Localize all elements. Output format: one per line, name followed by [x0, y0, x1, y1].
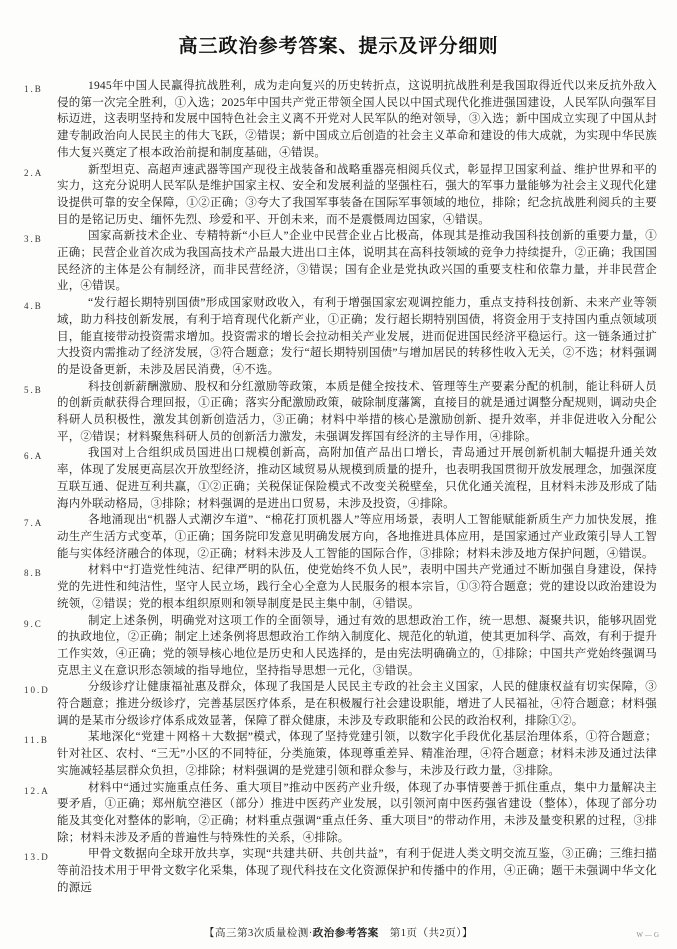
answer-explanation: 各地涌现出“机器人式潮汐车道”、“棉花打顶机器人”等应用场景，表明人工智能赋能新… [57, 514, 657, 559]
answer-number: 9.C [24, 616, 43, 633]
answer-sheet-page: 高三政治参考答案、提示及评分细则 1.B1945年中国人民赢得抗战胜利，成为走向… [0, 0, 677, 949]
answer-item: 13.D甲骨文数据向全球开放共享，实现“共建共研、共创共益”，有利于促进人类文明… [0, 846, 677, 896]
answer-item: 10.D分级诊疗让健康福祉惠及群众，体现了我国是人民民主专政的社会主义国家，人民… [0, 679, 677, 729]
footer-subject: 政治参考答案 [313, 928, 379, 939]
answer-explanation: 新型坦克、高超声速武器等国产现役主战装备和战略重器亮相阅兵仪式，彰显捍卫国家利益… [57, 164, 657, 226]
answer-number: 2.A [24, 165, 43, 182]
answer-item: 5.B科技创新薪酬激励、股权和分红激励等政策，本质是健全按技术、管理等生产要素分… [0, 379, 677, 446]
answers-list: 1.B1945年中国人民赢得抗战胜利，成为走向复兴的历史转折点，这说明抗战胜利是… [0, 78, 677, 896]
footer-watermark-code: W—G [636, 931, 661, 939]
answer-item: 11.B某地深化“党建＋网格＋大数据”模式，体现了坚持党建引领，以数字化手段优化… [0, 729, 677, 779]
answer-item: 3.B国家高新技术企业、专精特新“小巨人”企业中民营企业占比极高，体现其是推动我… [0, 228, 677, 295]
answer-explanation: 分级诊疗让健康福祉惠及群众，体现了我国是人民民主专政的社会主义国家，人民的健康权… [57, 681, 657, 726]
answer-item: 7.A各地涌现出“机器人式潮汐车道”、“棉花打顶机器人”等应用场景，表明人工智能… [0, 512, 677, 562]
answer-item: 8.B材料中“打造党性纯洁、纪律严明的队伍，使党始终不负人民”，表明中国共产党通… [0, 562, 677, 612]
answer-number: 7.A [24, 515, 43, 532]
page-footer: 【高三第3次质量检测·政治参考答案 第1页（共2页）】 W—G [0, 925, 677, 940]
answer-explanation: 国家高新技术企业、专精特新“小巨人”企业中民营企业占比极高，体现其是推动我国科技… [57, 230, 657, 292]
answer-explanation: 科技创新薪酬激励、股权和分红激励等政策，本质是健全按技术、管理等生产要素分配的机… [57, 381, 657, 443]
answer-number: 11.B [24, 732, 49, 749]
answer-number: 12.A [24, 783, 50, 800]
answer-item: 9.C制定上述条例，明确党对这项工作的全面领导，通过有效的思想政治工作，统一思想… [0, 613, 677, 680]
answer-explanation: 材料中“打造党性纯洁、纪律严明的队伍，使党始终不负人民”，表明中国共产党通过不断… [57, 564, 657, 609]
answer-item: 12.A材料中“通过实施重点任务、重大项目”推动中医药产业升级，体现了办事情要善… [0, 780, 677, 847]
answer-explanation: 材料中“通过实施重点任务、重大项目”推动中医药产业升级，体现了办事情要善于抓住重… [57, 782, 657, 844]
page-title: 高三政治参考答案、提示及评分细则 [0, 0, 677, 58]
answer-item: 1.B1945年中国人民赢得抗战胜利，成为走向复兴的历史转折点，这说明抗战胜利是… [0, 78, 677, 162]
answer-explanation: 甲骨文数据向全球开放共享，实现“共建共研、共创共益”，有利于促进人类文明交流互鉴… [57, 848, 657, 893]
answer-item: 6.A我国对上合组织成员国进出口规模创新高，高附加值产品出口增长，青岛通过开展创… [0, 445, 677, 512]
footer-exam-name: 【高三第3次质量检测· [204, 928, 313, 939]
answer-number: 4.B [24, 298, 43, 315]
answer-number: 10.D [24, 682, 50, 699]
answer-explanation: 1945年中国人民赢得抗战胜利，成为走向复兴的历史转折点，这说明抗战胜利是我国取… [57, 80, 657, 159]
answer-number: 1.B [24, 81, 43, 98]
answer-item: 2.A新型坦克、高超声速武器等国产现役主战装备和战略重器亮相阅兵仪式，彰显捍卫国… [0, 162, 677, 229]
answer-item: 4.B“发行超长期特别国债”形成国家财政收入，有利于增强国家宏观调控能力，重点支… [0, 295, 677, 379]
answer-explanation: “发行超长期特别国债”形成国家财政收入，有利于增强国家宏观调控能力，重点支持科技… [57, 297, 657, 376]
answer-number: 8.B [24, 565, 43, 582]
answer-explanation: 某地深化“党建＋网格＋大数据”模式，体现了坚持党建引领，以数字化手段优化基层治理… [57, 731, 657, 776]
answer-number: 5.B [24, 382, 43, 399]
answer-number: 6.A [24, 448, 43, 465]
answer-number: 13.D [24, 849, 50, 866]
answer-explanation: 我国对上合组织成员国进出口规模创新高，高附加值产品出口增长，青岛通过开展创新机制… [57, 447, 657, 509]
answer-explanation: 制定上述条例，明确党对这项工作的全面领导，通过有效的思想政治工作，统一思想、凝聚… [57, 615, 657, 677]
answer-number: 3.B [24, 231, 43, 248]
footer-page-number: 第1页（共2页）】 [379, 928, 473, 939]
